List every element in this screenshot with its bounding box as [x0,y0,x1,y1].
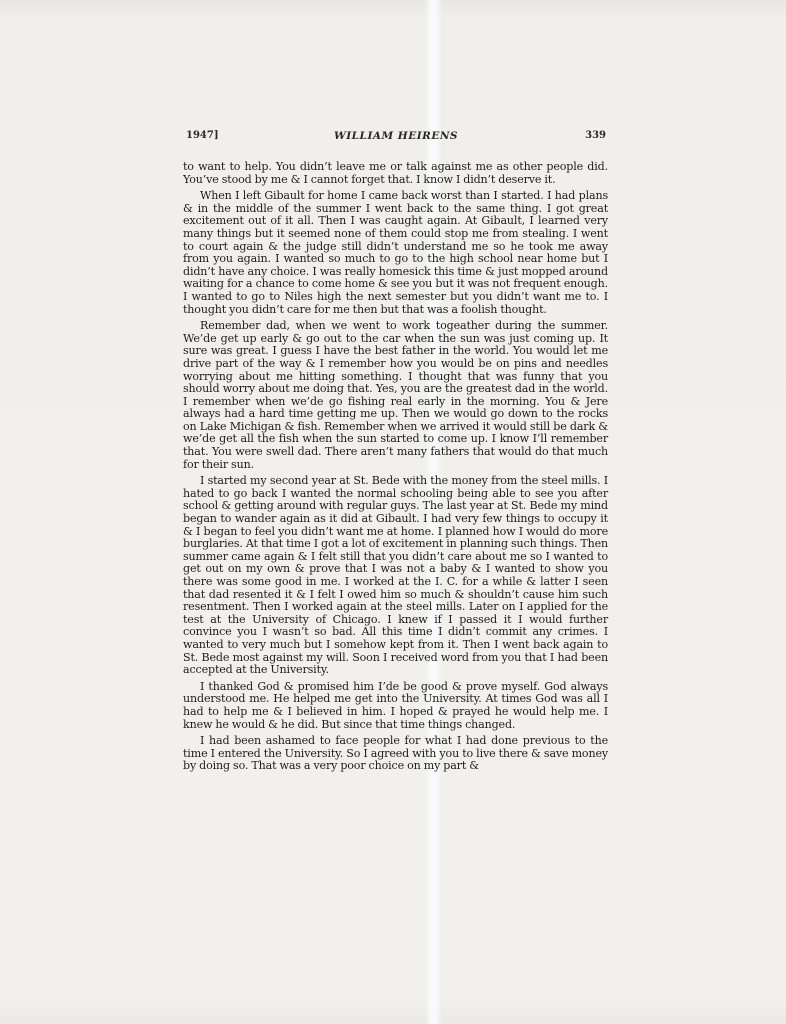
paragraph-2: When I left Gibault for home I came back… [183,190,608,316]
scanned-page: 1947] WILLIAM HEIRENS 339 to want to hel… [0,0,786,1024]
paragraph-4: I started my second year at St. Bede wit… [183,475,608,677]
paragraph-5: I thanked God & promised him I’de be goo… [183,681,608,731]
running-head: 1947] WILLIAM HEIRENS 339 [186,130,606,146]
body-text: to want to help. You didn’t leave me or … [183,161,608,777]
running-head-title: WILLIAM HEIRENS [186,130,606,142]
page-number: 339 [585,130,606,141]
paragraph-3: Remember dad, when we went to work togea… [183,320,608,471]
paragraph-1: to want to help. You didn’t leave me or … [183,161,608,186]
paragraph-6: I had been ashamed to face people for wh… [183,735,608,773]
